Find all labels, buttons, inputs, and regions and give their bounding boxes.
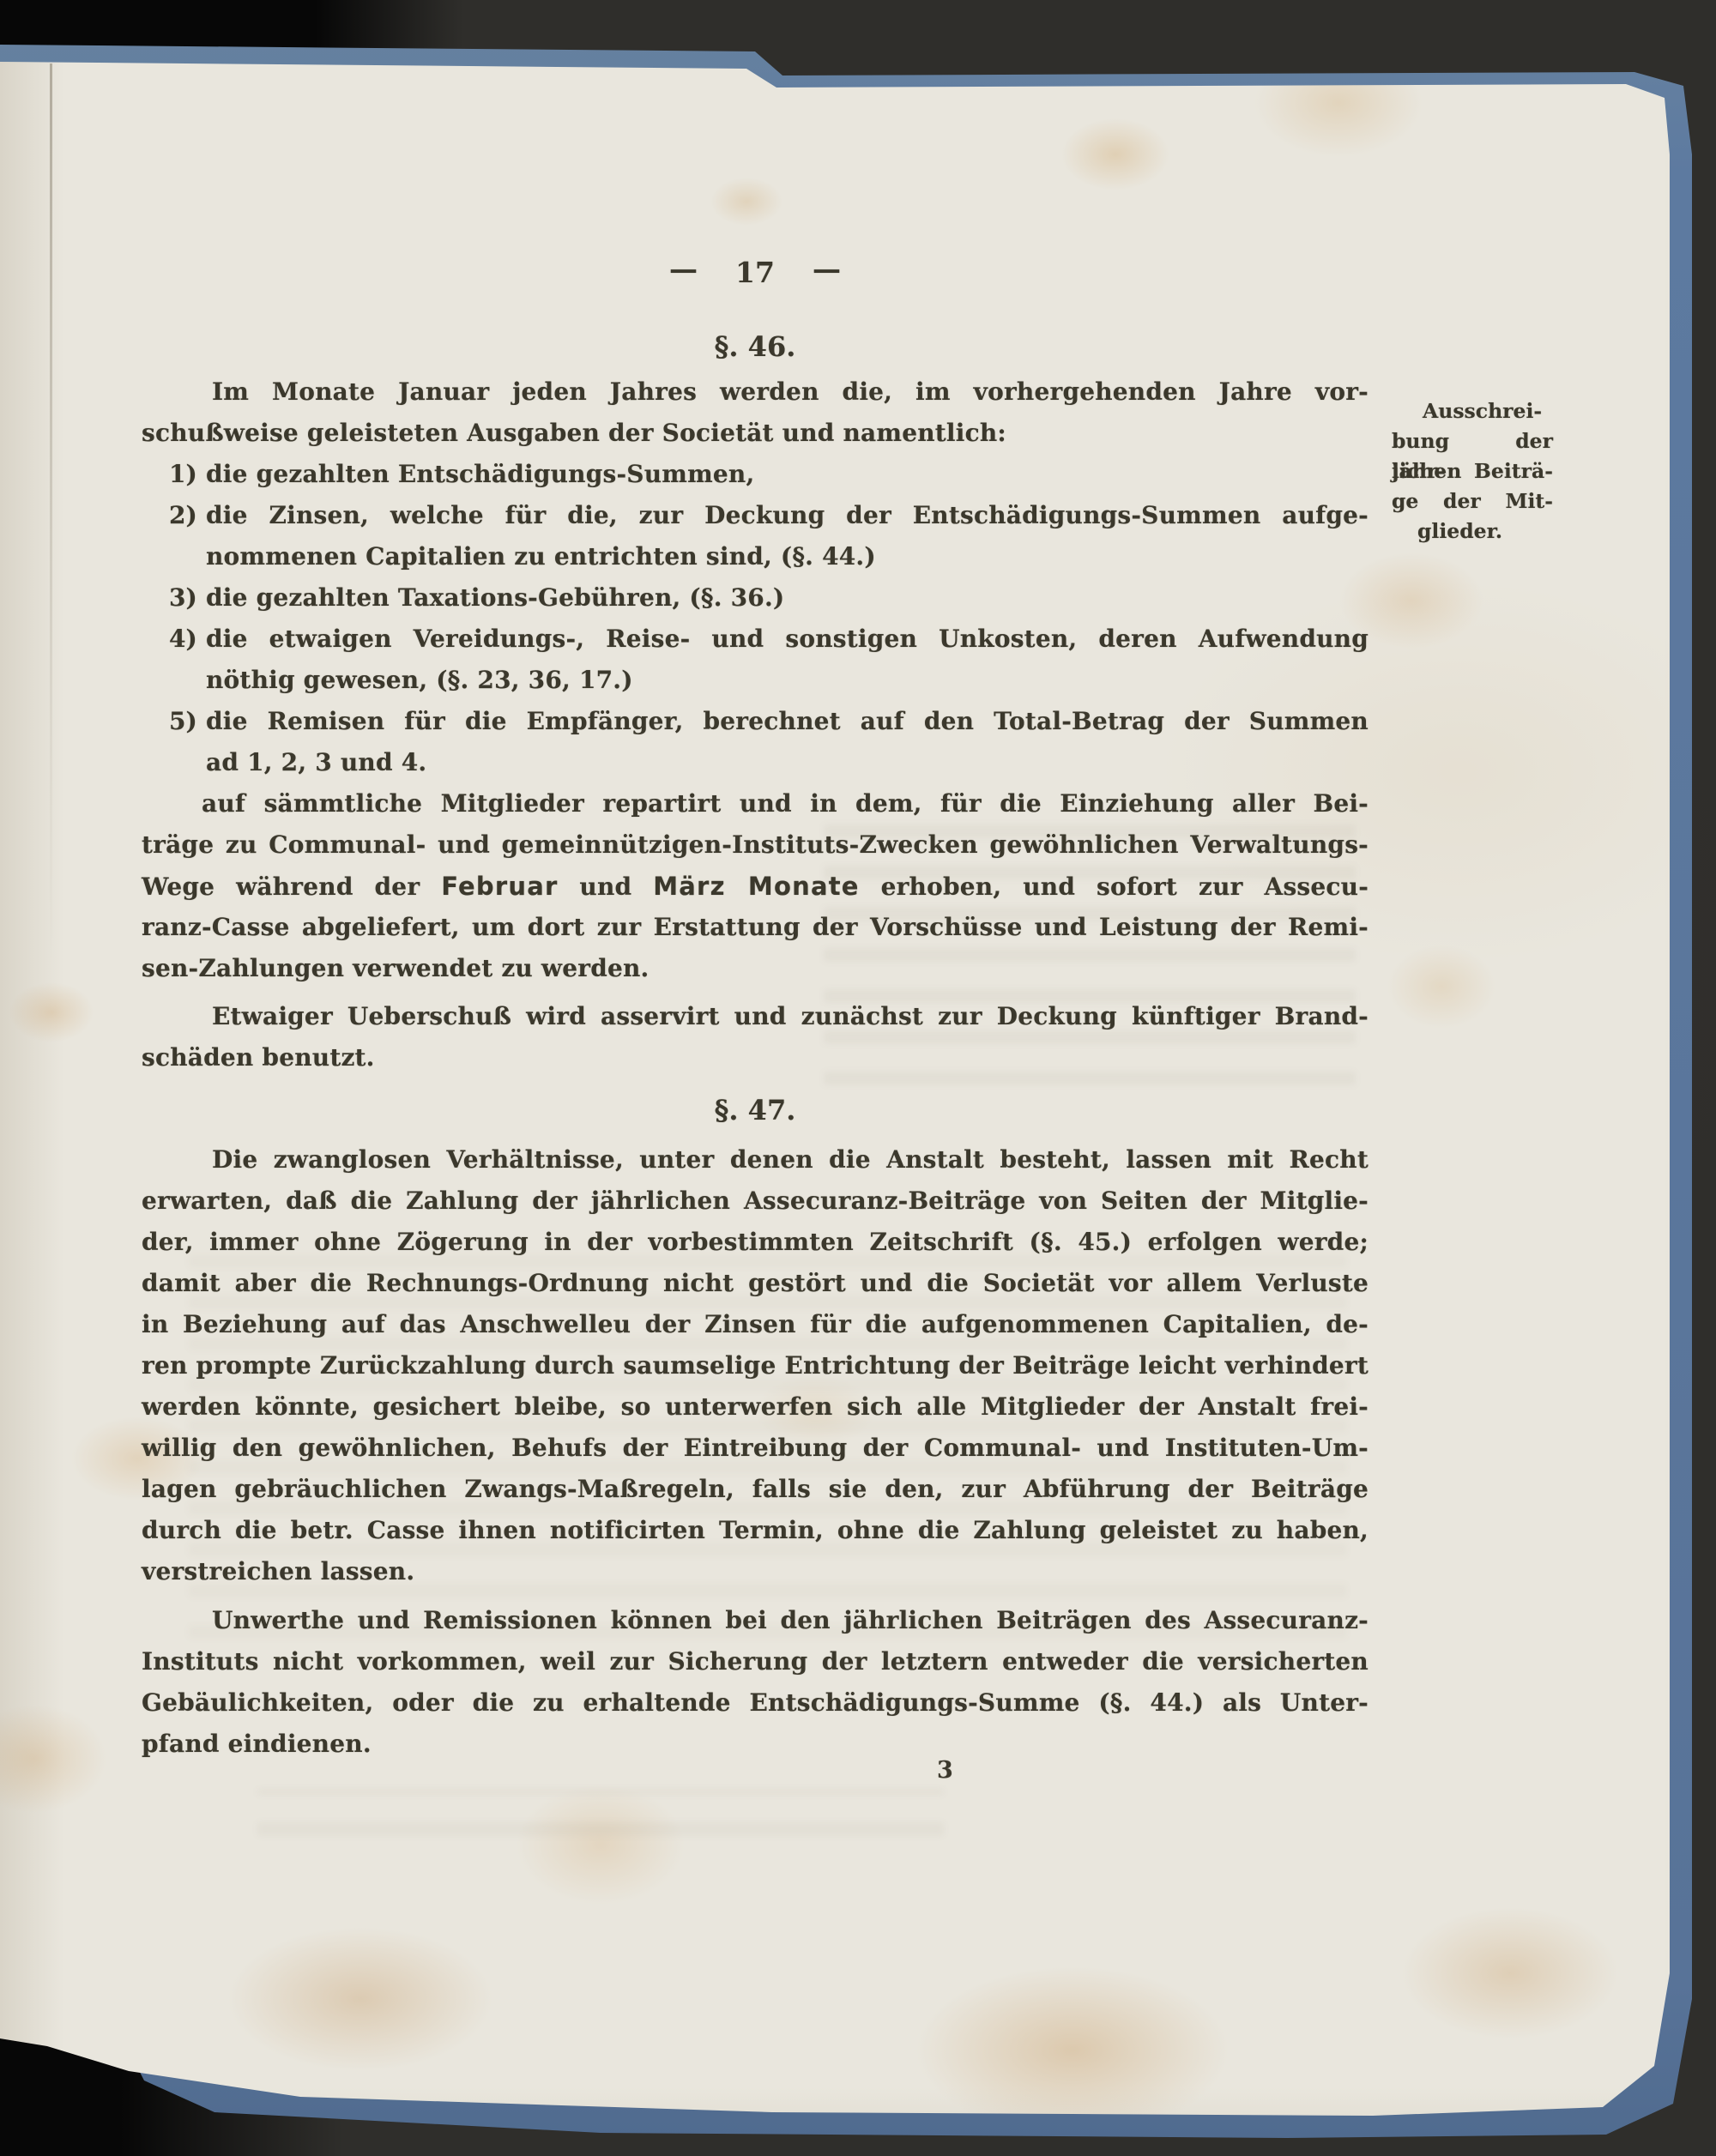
text-line: Die zwanglosen Verhältnisse, unter denen… [142,1141,1369,1182]
text-line: werden könnte, gesichert bleibe, so unte… [142,1388,1369,1429]
list-item-line: ad 1, 2, 3 und 4. [206,744,1369,785]
margin-note-line: glieder. [1392,516,1553,547]
margin-note-line: ge der Mit- [1392,486,1553,516]
text-line: verstreichen lassen. [142,1553,1369,1594]
list-item-line: nöthig gewesen, (§. 23, 36, 17.) [206,661,1369,703]
section-heading-46: §. 46. [142,328,1369,365]
text-line: durch die betr. Casse ihnen notificirten… [142,1512,1369,1553]
list-item-number: 2) [169,497,203,534]
gutter-crease [50,63,52,964]
page-number: 17 [735,256,775,289]
margin-note-line: lichen Beiträ- [1392,456,1553,486]
text-line: der, immer ohne Zögerung in der vorbesti… [142,1223,1369,1265]
list-item-line: die gezahlten Entschädigungs-Summen, [206,456,1369,497]
text-line: pfand eindienen. [142,1725,1369,1766]
text-line: sen-Zahlungen verwendet zu werden. [142,950,1369,991]
text-line: Gebäulichkeiten, oder die zu erhaltende … [142,1684,1369,1725]
text-line: ren prompte Zurückzahlung durch saumseli… [142,1347,1369,1388]
list-item-line: nommenen Capitalien zu entrichten sind, … [206,538,1369,579]
text-line: lagen gebräuchlichen Zwangs-Maßregeln, f… [142,1471,1369,1512]
text-line: Im Monate Januar jeden Jahres werden die… [142,373,1369,414]
verso-showthrough [257,1789,944,1836]
page-number-row: —17— [142,254,1369,292]
section-heading-47: §. 47. [142,1091,1369,1129]
margin-note-line: bung der jähr- [1392,426,1553,456]
text-line: willig den gewöhnlichen, Behufs der Eint… [142,1429,1369,1471]
text-line: Unwerthe und Remissionen können bei den … [142,1602,1369,1643]
text-segment: Wege während der [142,873,441,901]
text-line: Etwaiger Ueberschuß wird asservirt und z… [142,998,1369,1039]
text-segment: erhoben, und sofort zur Assecu- [860,873,1369,901]
paper-leaf: —17— §. 46. Im Monate Januar jeden Jahre… [0,0,1716,2156]
page-number-dash-left: — [669,251,698,288]
text-line: erwarten, daß die Zahlung der jährlichen… [142,1182,1369,1223]
list-item-line: die Zinsen, welche für die, zur Deckung … [206,497,1369,538]
text-line: schäden benutzt. [142,1039,1369,1080]
text-line: Instituts nicht vorkommen, weil zur Sich… [142,1643,1369,1684]
text-segment: und [558,873,653,901]
text-line: träge zu Communal- und gemeinnützigen-In… [142,826,1369,867]
list-item-number: 4) [169,620,203,658]
emphasized-word-februar: Februar [441,872,558,901]
scanned-book-page: { "page": { "number": "17", "dash": "—",… [0,0,1716,2156]
list-item-number: 3) [169,579,203,617]
margin-note-line: Ausschrei- [1392,396,1553,426]
list-item-line: die gezahlten Taxations-Gebühren, (§. 36… [206,579,1369,620]
text-line: ranz-Casse abgeliefert, um dort zur Erst… [142,909,1369,950]
signature-mark: 3 [937,1757,953,1784]
text-line: Wege während der Februar und März Monate… [142,867,1369,909]
emphasized-word-maerz-monate: März Monate [653,872,859,901]
text-line: in Beziehung auf das Anschwelleu der Zin… [142,1306,1369,1347]
list-item-number: 5) [169,703,203,740]
text-line: schußweise geleisteten Ausgaben der Soci… [142,414,1369,456]
text-line: damit aber die Rechnungs-Ordnung nicht g… [142,1265,1369,1306]
text-line: auf sämmtliche Mitglieder repartirt und … [142,785,1369,826]
list-item-number: 1) [169,456,203,493]
list-item-line: die etwaigen Vereidungs-, Reise- und son… [206,620,1369,661]
page-number-dash-right: — [813,251,841,288]
list-item-line: die Remisen für die Empfänger, berechnet… [206,703,1369,744]
